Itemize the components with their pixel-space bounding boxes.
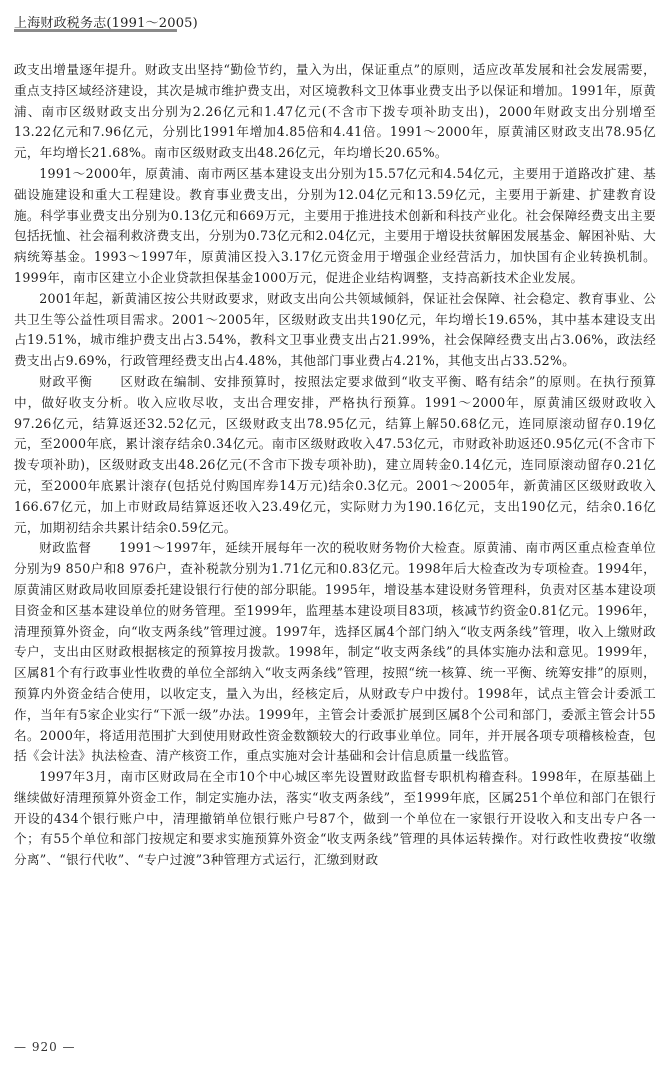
section-heading: 财政平衡 xyxy=(39,374,93,389)
paragraph: 2001年起，新黄浦区按公共财政要求，财政支出向公共领域倾斜，保证社会保障、社会… xyxy=(14,289,656,372)
paragraph: 1997年3月，南市区财政局在全市10个中心城区率先设置财政监督专职机构稽查科。… xyxy=(14,767,656,871)
paragraph-fiscal-balance: 财政平衡区财政在编制、安排预算时，按照法定要求做到“收支平衡、略有结余”的原则。… xyxy=(14,372,656,538)
header-rule xyxy=(14,29,177,32)
paragraph-text: 1991～1997年，延续开展每年一次的税收财务物价大检查。原黄浦、南市两区重点… xyxy=(14,540,656,763)
paragraph: 政支出增量逐年提升。财政支出坚持“勤俭节约，量入为出，保证重点”的原则，适应改革… xyxy=(14,60,656,164)
paragraph: 1991～2000年，原黄浦、南市两区基本建设支出分别为15.57亿元和4.54… xyxy=(14,164,656,289)
section-heading: 财政监督 xyxy=(39,540,91,555)
paragraph-text: 区财政在编制、安排预算时，按照法定要求做到“收支平衡、略有结余”的原则。在执行预… xyxy=(14,374,656,535)
page-body: 政支出增量逐年提升。财政支出坚持“勤俭节约，量入为出，保证重点”的原则，适应改革… xyxy=(14,60,656,871)
paragraph-fiscal-supervision: 财政监督1991～1997年，延续开展每年一次的税收财务物价大检查。原黄浦、南市… xyxy=(14,538,656,767)
page-number: — 920 — xyxy=(14,1040,76,1054)
